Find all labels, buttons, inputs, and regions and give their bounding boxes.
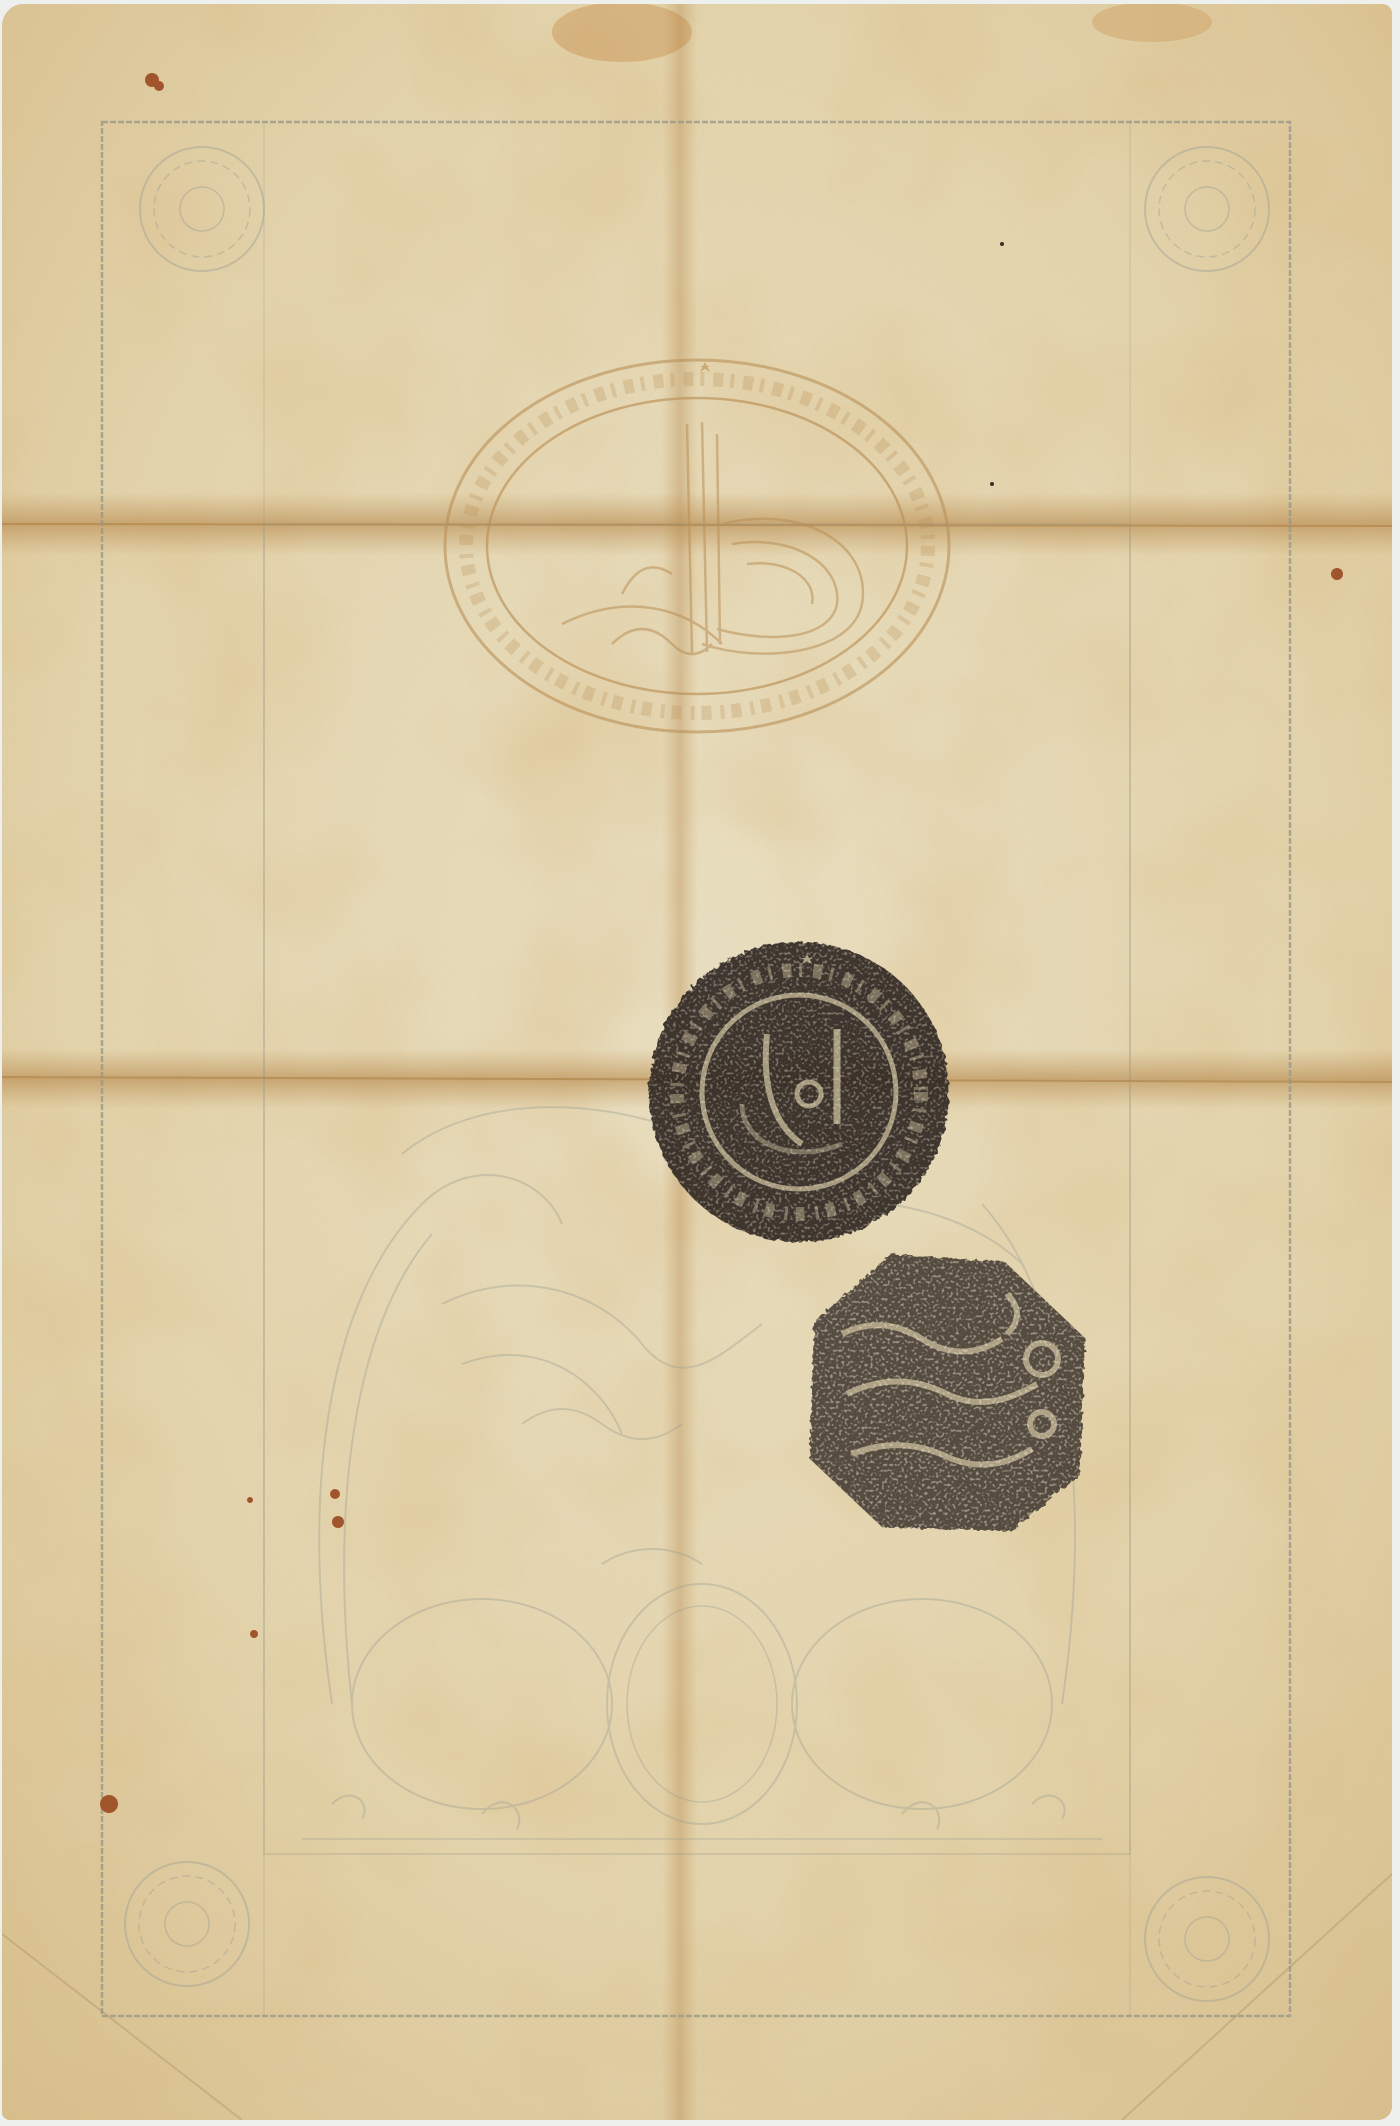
paper-grain (2, 4, 1392, 2120)
banknote-paper (2, 4, 1392, 2120)
document-viewer (0, 0, 1400, 2126)
paper-artwork (2, 4, 1392, 2120)
